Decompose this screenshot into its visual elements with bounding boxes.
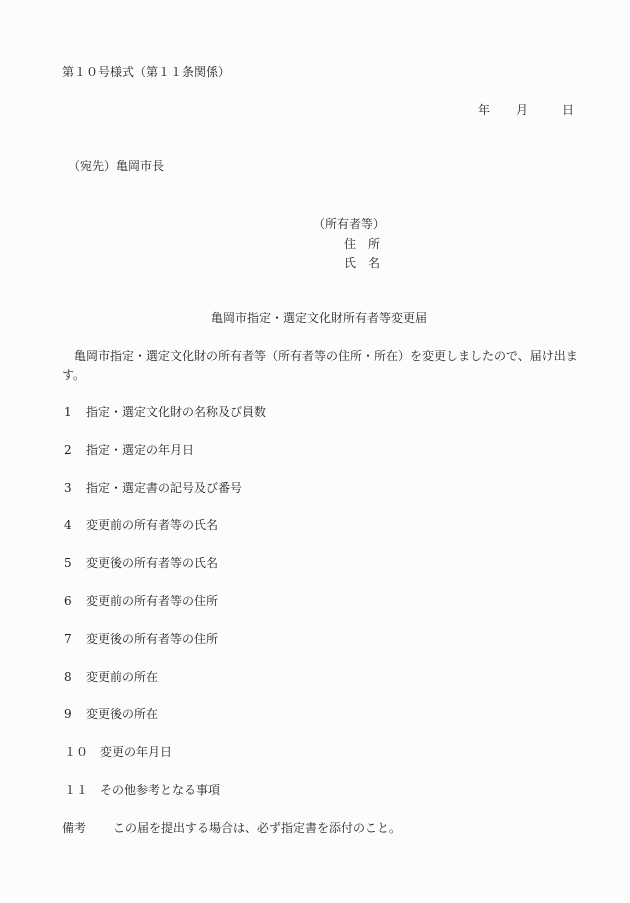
item-number: 7 [64, 631, 86, 647]
item-label: その他参考となる事項 [100, 783, 220, 797]
item-number: 1 [64, 404, 86, 420]
list-item: 1指定・選定文化財の名称及び員数 [64, 404, 266, 420]
item-number: 4 [64, 517, 86, 533]
list-item: １１その他参考となる事項 [64, 782, 220, 798]
item-label: 変更前の所有者等の氏名 [86, 518, 218, 532]
owner-name-field: 氏名 [313, 254, 385, 274]
remarks-label: 備考 [62, 820, 113, 836]
item-number: 2 [64, 442, 86, 458]
item-number: 3 [64, 480, 86, 496]
item-label: 指定・選定の年月日 [86, 443, 194, 457]
owner-heading: （所有者等） [313, 215, 385, 235]
body-text: 亀岡市指定・選定文化財の所有者等（所有者等の住所・所在）を変更しましたので、届け… [62, 347, 582, 385]
item-number: 5 [64, 555, 86, 571]
list-item: 2指定・選定の年月日 [64, 442, 194, 458]
date-line: 年月日 [478, 102, 574, 118]
item-label: 指定・選定書の記号及び番号 [86, 481, 242, 495]
date-month-label: 月 [516, 102, 562, 118]
list-item: 4変更前の所有者等の氏名 [64, 517, 218, 533]
address-label-2: 所 [368, 235, 380, 255]
addressee: （宛先）亀岡市長 [68, 158, 164, 174]
item-label: 変更後の所有者等の住所 [86, 632, 218, 646]
item-label: 変更後の所有者等の氏名 [86, 556, 218, 570]
remarks-text: この届を提出する場合は、必ず指定書を添付のこと。 [113, 821, 401, 835]
list-item: 5変更後の所有者等の氏名 [64, 555, 218, 571]
owner-block: （所有者等） 住所 氏名 [313, 215, 385, 274]
name-label-1: 氏 [344, 254, 368, 274]
item-label: 変更後の所在 [86, 707, 158, 721]
document-title: 亀岡市指定・選定文化財所有者等変更届 [0, 310, 630, 326]
date-year-label: 年 [478, 102, 516, 118]
item-label: 変更前の所有者等の住所 [86, 594, 218, 608]
list-item: 7変更後の所有者等の住所 [64, 631, 218, 647]
item-number: 8 [64, 669, 86, 685]
name-label-2: 名 [368, 254, 380, 274]
item-number: １１ [64, 782, 100, 798]
list-item: 8変更前の所在 [64, 669, 158, 685]
list-item: 6変更前の所有者等の住所 [64, 593, 218, 609]
remarks-note: 備考この届を提出する場合は、必ず指定書を添付のこと。 [62, 820, 401, 836]
item-number: １０ [64, 744, 100, 760]
item-number: 9 [64, 706, 86, 722]
item-label: 変更の年月日 [100, 745, 172, 759]
list-item: １０変更の年月日 [64, 744, 172, 760]
date-day-label: 日 [562, 102, 574, 118]
item-label: 指定・選定文化財の名称及び員数 [86, 405, 266, 419]
list-item: 9変更後の所在 [64, 706, 158, 722]
owner-address-field: 住所 [313, 235, 385, 255]
form-number: 第１０号様式（第１１条関係） [62, 64, 230, 80]
item-number: 6 [64, 593, 86, 609]
item-label: 変更前の所在 [86, 670, 158, 684]
address-label-1: 住 [344, 235, 368, 255]
list-item: 3指定・選定書の記号及び番号 [64, 480, 242, 496]
